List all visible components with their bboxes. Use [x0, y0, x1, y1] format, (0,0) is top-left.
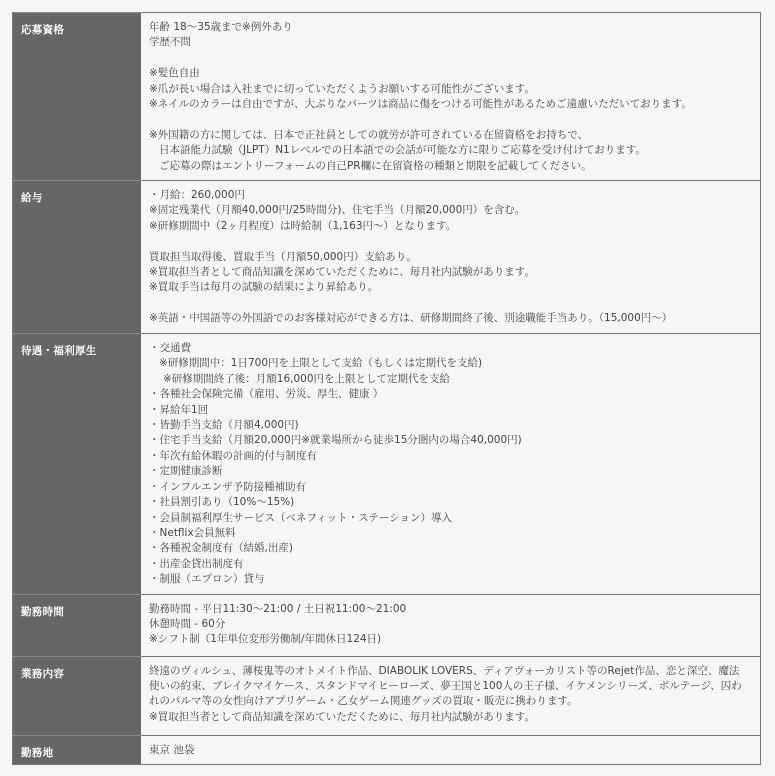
text-line: ・各種祝金制度有（結婚,出産) [149, 541, 752, 556]
text-line: ・会員制福利厚生サービス（ベネフィット・ステーション）導入 [149, 511, 752, 526]
text-line: 勤務時間 - 平日11:30〜21:00 / 土日祝11:00〜21:00 [149, 602, 752, 617]
row-eligibility: 応募資格 年齢 18〜35歳まで※例外あり 学歴不問 ※髪色自由 ※爪が長い場合… [13, 13, 761, 181]
text-line: 買取担当取得後、買取手当（月額50,000円）支給あり。 [149, 250, 752, 265]
text-line: 使いの約束、ブレイクマイケース、スタンドマイヒーローズ、夢王国と100人の王子様… [149, 679, 752, 694]
text-line: ※買取担当者として商品知識を深めていただくために、毎月社内試験があります。 [149, 265, 752, 280]
text-line: ※英語・中国語等の外国語でのお客様対応ができる方は、研修期間終了後、別途職能手当… [149, 311, 752, 326]
text-line: 学歴不問 [149, 35, 752, 50]
row-label: 待遇・福利厚生 [13, 334, 142, 595]
blank-line [149, 51, 752, 66]
text-line: ※ネイルのカラーは自由ですが、大ぶりなパーツは商品に傷をつける可能性があるためご… [149, 97, 752, 112]
text-line: ・月給：260,000円 [149, 188, 752, 203]
row-content: 東京 池袋 [141, 735, 761, 764]
text-line: ※研修期間中：1日700円を上限として支給（もしくは定期代を支給) [149, 356, 752, 371]
text-line: ・制服（エプロン）貸与 [149, 572, 752, 587]
text-line: ※爪が長い場合は入社までに切っていただくようお願いする可能性がございます。 [149, 82, 752, 97]
text-line: 終遠のヴィルシュ、薄桜鬼等のオトメイト作品、DIABOLIK LOVERS、ディ… [149, 664, 752, 679]
row-content: 勤務時間 - 平日11:30〜21:00 / 土日祝11:00〜21:00 休憩… [141, 594, 761, 656]
row-label: 応募資格 [13, 13, 142, 181]
text-line: ・社員割引あり（10%〜15%) [149, 495, 752, 510]
text-line: 休憩時間 - 60分 [149, 617, 752, 632]
text-line: ※外国籍の方に関しては、日本で正社員としての就労が許可されている在留資格をお持ち… [149, 128, 752, 143]
row-label: 給与 [13, 181, 142, 334]
row-label: 勤務時間 [13, 594, 142, 656]
text-line: ・交通費 [149, 341, 752, 356]
row-salary: 給与 ・月給：260,000円 ※固定残業代（月額40,000円/25時間分)、… [13, 181, 761, 334]
row-content: ・月給：260,000円 ※固定残業代（月額40,000円/25時間分)、住宅手… [141, 181, 761, 334]
blank-line [149, 234, 752, 249]
text-line: れのパルマ等の女性向けアプリゲーム・乙女ゲーム関連グッズの買取・販売に携わります… [149, 694, 752, 709]
job-requirements-table: 応募資格 年齢 18〜35歳まで※例外あり 学歴不問 ※髪色自由 ※爪が長い場合… [12, 12, 761, 765]
row-content: ・交通費 ※研修期間中：1日700円を上限として支給（もしくは定期代を支給) ※… [141, 334, 761, 595]
text-line: ※研修期間中（2ヶ月程度）は時給制（1,163円〜）となります。 [149, 219, 752, 234]
row-label: 業務内容 [13, 656, 142, 735]
text-line: ※買取手当は毎月の試験の結果により昇給あり。 [149, 280, 752, 295]
row-benefits: 待遇・福利厚生 ・交通費 ※研修期間中：1日700円を上限として支給（もしくは定… [13, 334, 761, 595]
blank-line [149, 112, 752, 127]
blank-line [149, 296, 752, 311]
text-line: ・Netflix会員無料 [149, 526, 752, 541]
row-job-description: 業務内容 終遠のヴィルシュ、薄桜鬼等のオトメイト作品、DIABOLIK LOVE… [13, 656, 761, 735]
text-line: ※研修期間終了後：月額16,000円を上限として定期代を支給 [149, 372, 752, 387]
text-line: ※固定残業代（月額40,000円/25時間分)、住宅手当（月額20,000円）を… [149, 203, 752, 218]
text-line: ・年次有給休暇の計画的付与制度有 [149, 449, 752, 464]
row-label: 勤務地 [13, 735, 142, 764]
row-work-location: 勤務地 東京 池袋 [13, 735, 761, 764]
text-line: 日本語能力試験（JLPT）N1レベルでの日本語での会話が可能な方に限りご応募を受… [149, 143, 752, 158]
text-line: ※シフト制（1年単位変形労働制/年間休日124日) [149, 632, 752, 647]
text-line: ・皆勤手当支給（月額4,000円) [149, 418, 752, 433]
text-line: ・住宅手当支給（月額20,000円※就業場所から徒歩15分圏内の場合40,000… [149, 433, 752, 448]
text-line: ※買取担当者として商品知識を深めていただくために、毎月社内試験があります。 [149, 710, 752, 725]
row-content: 終遠のヴィルシュ、薄桜鬼等のオトメイト作品、DIABOLIK LOVERS、ディ… [141, 656, 761, 735]
text-line: ※髪色自由 [149, 66, 752, 81]
text-line: ・各種社会保険完備（雇用、労災、厚生、健康 ） [149, 387, 752, 402]
row-working-hours: 勤務時間 勤務時間 - 平日11:30〜21:00 / 土日祝11:00〜21:… [13, 594, 761, 656]
text-line: ・昇給年1回 [149, 403, 752, 418]
text-line: 年齢 18〜35歳まで※例外あり [149, 20, 752, 35]
text-line: 東京 池袋 [149, 743, 752, 758]
text-line: ・定期健康診断 [149, 464, 752, 479]
text-line: ・インフルエンザ予防接種補助有 [149, 480, 752, 495]
text-line: ・出産金貸出制度有 [149, 557, 752, 572]
text-line: ご応募の際はエントリーフォームの自己PR欄に在留資格の種類と期限を記載してくださ… [149, 159, 752, 174]
row-content: 年齢 18〜35歳まで※例外あり 学歴不問 ※髪色自由 ※爪が長い場合は入社まで… [141, 13, 761, 181]
